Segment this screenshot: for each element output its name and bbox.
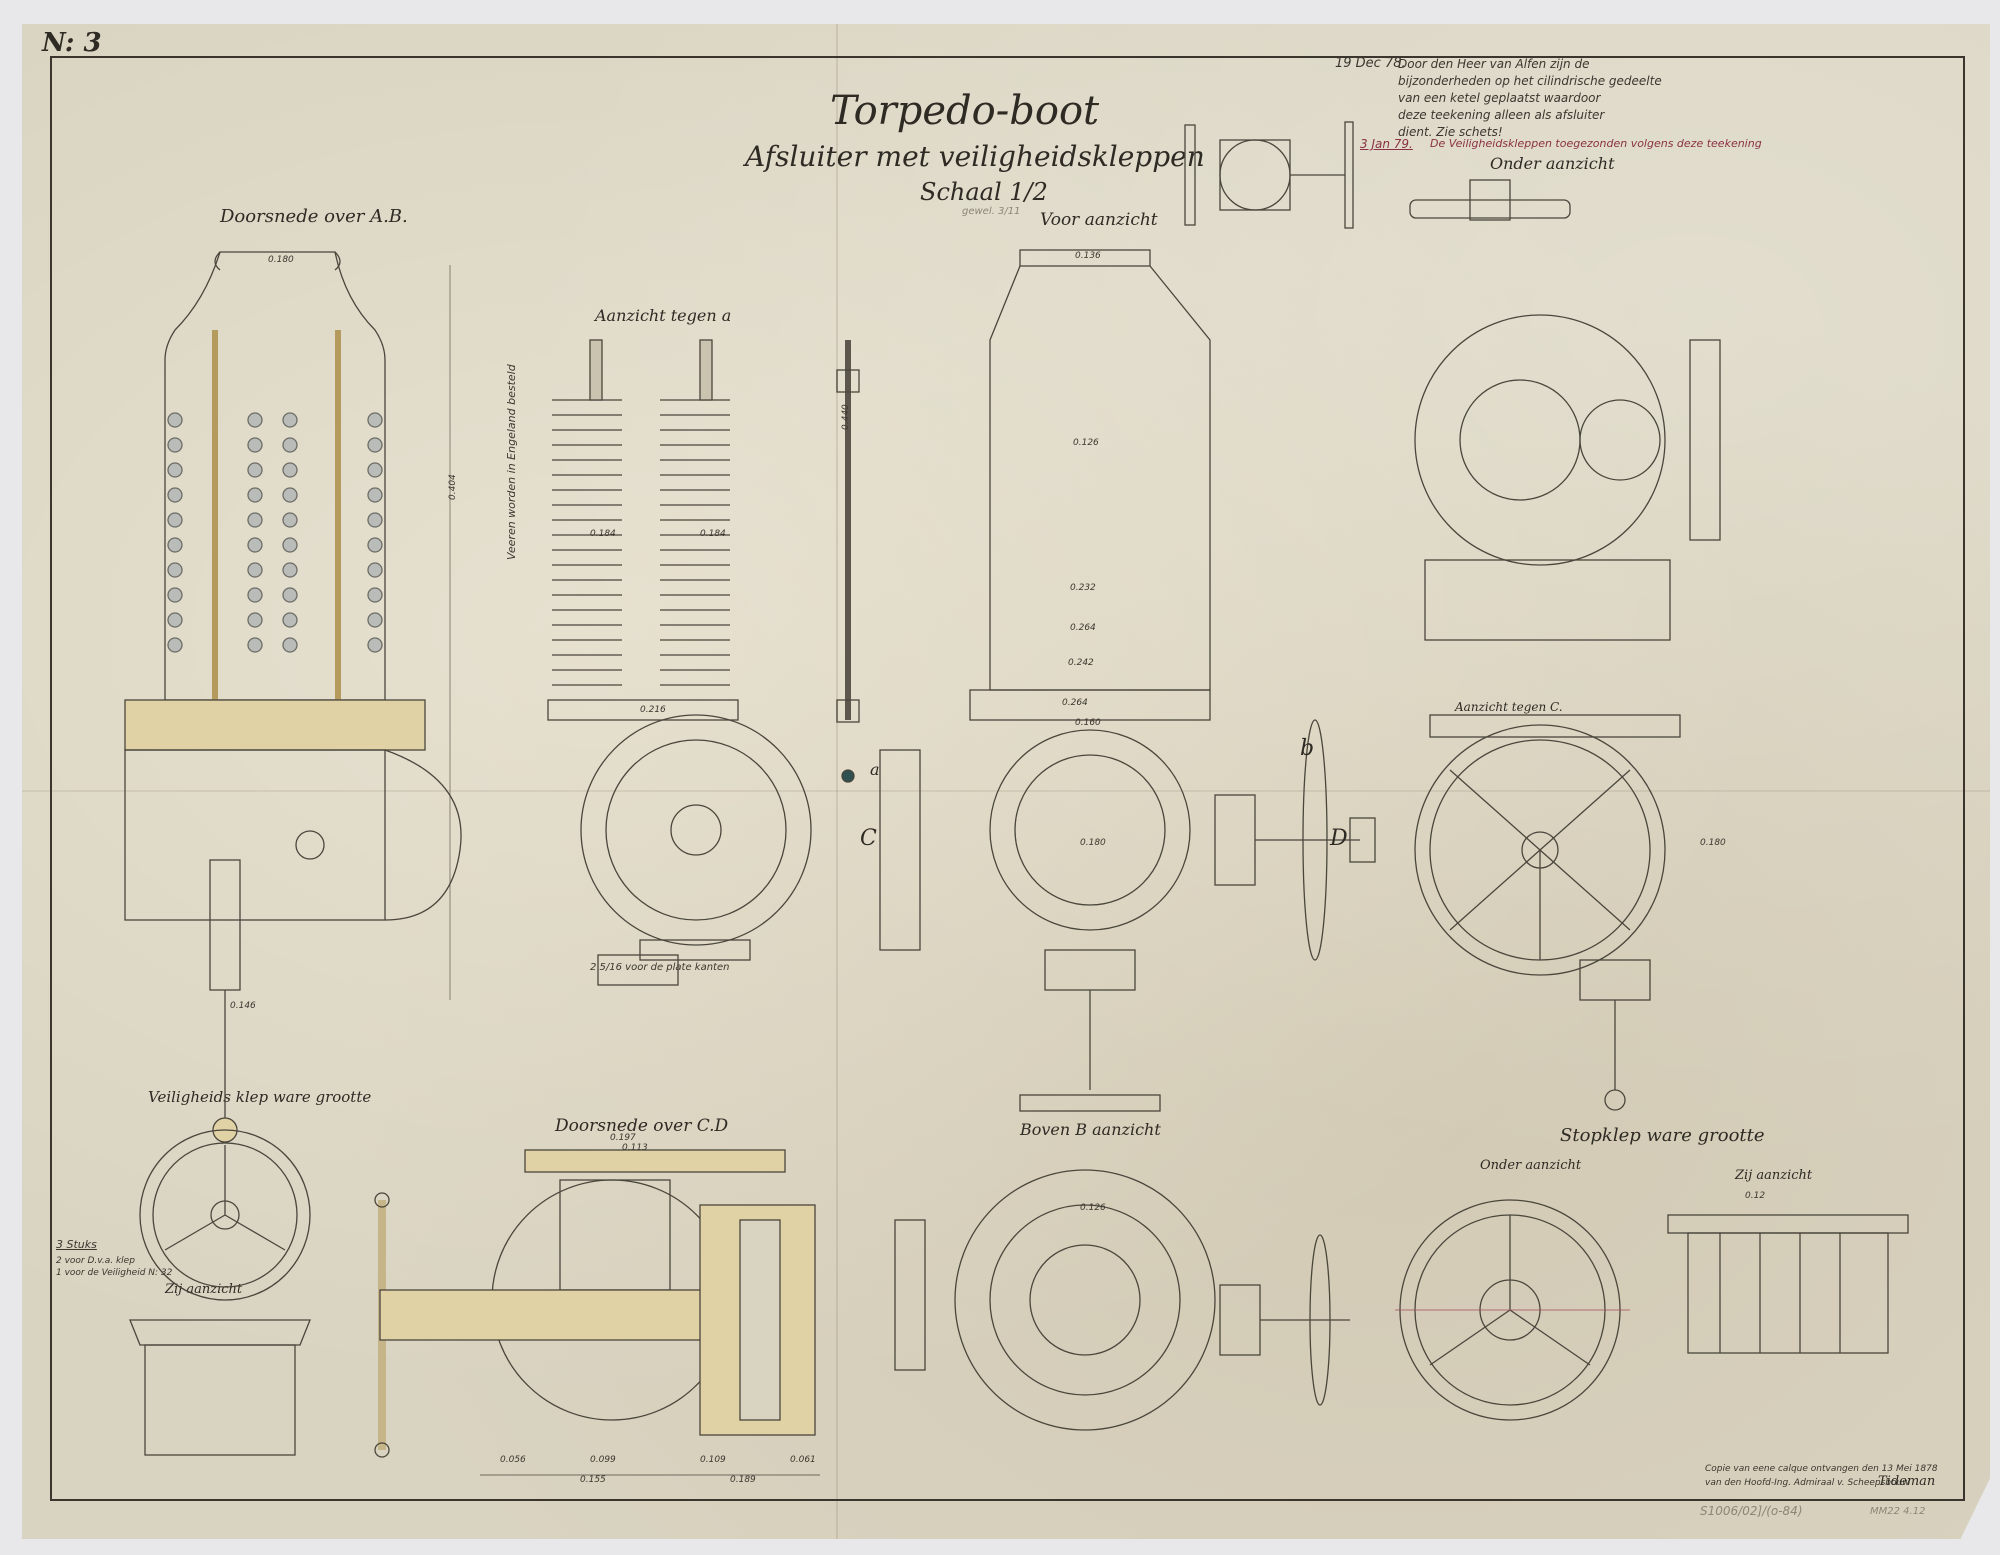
svg-text:0.12: 0.12 (1745, 1191, 1765, 1201)
svg-text:0.180: 0.180 (268, 255, 294, 265)
svg-text:0.180: 0.180 (1080, 838, 1106, 848)
svg-text:C: C (860, 826, 877, 851)
svg-text:0.126: 0.126 (1080, 1203, 1106, 1213)
svg-text:0.109: 0.109 (700, 1455, 726, 1465)
view-a-drawing (548, 340, 811, 985)
svg-text:0.099: 0.099 (590, 1455, 616, 1465)
svg-text:0.155: 0.155 (580, 1475, 606, 1485)
svg-text:0.440: 0.440 (841, 404, 851, 430)
stop-valve-drawing (1395, 1200, 1630, 1420)
onder-aanzicht-drawing (1410, 180, 1720, 640)
technical-drawing: 0.180 0.404 0.184 0.184 0.216 0.440 0.13… (0, 0, 2000, 1555)
svg-text:0.242: 0.242 (1068, 658, 1094, 668)
view-c-drawing (1415, 715, 1680, 1110)
svg-text:0.216: 0.216 (640, 705, 666, 715)
svg-text:0.061: 0.061 (790, 1455, 816, 1465)
svg-text:0.160: 0.160 (1075, 718, 1101, 728)
svg-text:0.264: 0.264 (1070, 623, 1096, 633)
top-sketch-drawing (1185, 122, 1353, 228)
top-b-drawing (895, 1170, 1350, 1430)
section-cd-drawing (380, 1150, 820, 1475)
svg-text:0.136: 0.136 (1075, 251, 1101, 261)
svg-text:0.056: 0.056 (500, 1455, 526, 1465)
svg-text:0.404: 0.404 (448, 474, 458, 500)
front-view-drawing (880, 250, 1375, 1111)
svg-text:0.146: 0.146 (230, 1001, 256, 1011)
svg-text:0.264: 0.264 (1062, 698, 1088, 708)
svg-text:a: a (870, 760, 880, 779)
svg-text:0.197: 0.197 (610, 1133, 636, 1143)
svg-text:0.126: 0.126 (1073, 438, 1099, 448)
svg-text:0.184: 0.184 (700, 529, 726, 539)
svg-text:0.189: 0.189 (730, 1475, 756, 1485)
svg-text:0.232: 0.232 (1070, 583, 1096, 593)
svg-text:b: b (1300, 736, 1314, 761)
svg-text:0.184: 0.184 (590, 529, 616, 539)
safety-valve-drawing (130, 1130, 310, 1455)
svg-text:0.180: 0.180 (1700, 838, 1726, 848)
svg-text:0.113: 0.113 (622, 1143, 648, 1153)
svg-text:D: D (1329, 826, 1348, 851)
section-ab-drawing (125, 252, 461, 1142)
stop-valve-side-drawing (1668, 1215, 1908, 1353)
